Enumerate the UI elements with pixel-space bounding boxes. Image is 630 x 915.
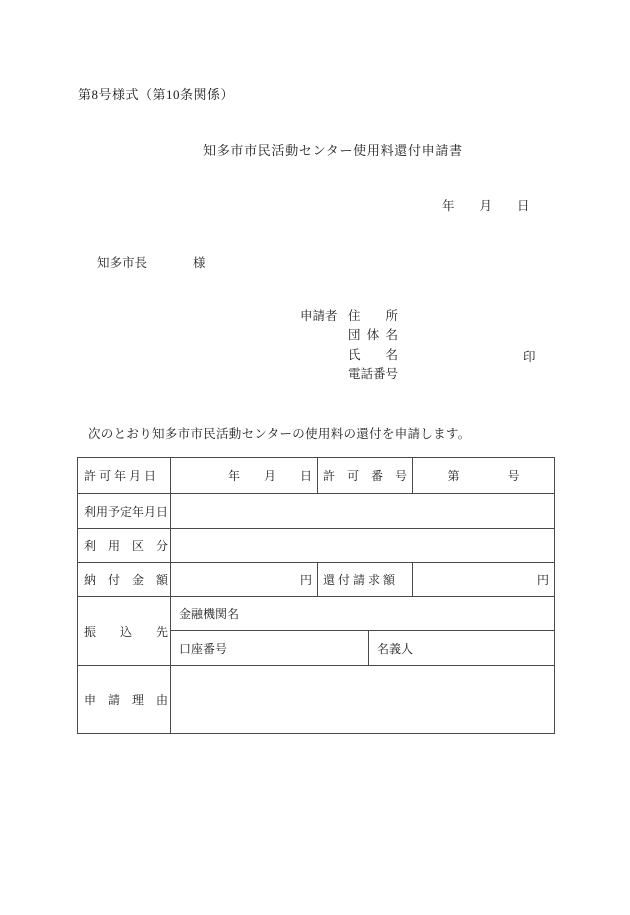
date-line: 年 月 日 — [442, 196, 530, 214]
account-holder-cell: 名義人 — [368, 631, 554, 665]
applicant-fields: 住 所 団 体 名 氏 名 電話番号 — [348, 307, 398, 384]
intro-paragraph: 次のとおり知多市市民活動センターの使用料の還付を申請します。 — [88, 424, 471, 442]
account-number-cell: 口座番号 — [171, 631, 368, 665]
refund-amount-value-cell: 円 — [412, 563, 554, 596]
applicant-address-label: 住 所 — [348, 307, 398, 326]
table-row-planned-date: 利用予定年月日 — [78, 493, 554, 528]
account-row: 口座番号 名義人 — [171, 631, 554, 665]
document-title: 知多市市民活動センター使用料還付申請書 — [203, 140, 463, 159]
seal-stamp-label: 印 — [523, 347, 536, 365]
permit-date-value-cell: 年 月 日 — [170, 458, 317, 493]
use-category-label-cell: 利 用 区 分 — [78, 529, 170, 562]
applicant-name-label: 氏 名 — [348, 346, 398, 365]
table-row-transfer: 振 込 先 金融機関名 口座番号 名義人 — [78, 596, 554, 665]
application-table: 許 可 年 月 日 年 月 日 許 可 番 号 第 号 利用予定年月日 利 用 … — [77, 457, 555, 734]
reason-value-cell — [170, 666, 554, 733]
table-row-amounts: 納 付 金 額 円 還 付 請 求 額 円 — [78, 562, 554, 596]
addressee-name: 知多市長 — [97, 253, 147, 271]
applicant-phone-label: 電話番号 — [348, 365, 398, 384]
transfer-to-label-cell: 振 込 先 — [78, 597, 170, 665]
document-page: 第8号様式（第10条関係） 知多市市民活動センター使用料還付申請書 年 月 日 … — [0, 0, 630, 915]
reason-label-cell: 申 請 理 由 — [78, 666, 170, 733]
paid-amount-label-cell: 納 付 金 額 — [78, 563, 170, 596]
paid-amount-value-cell: 円 — [170, 563, 317, 596]
planned-use-date-value-cell — [170, 494, 554, 528]
applicant-group-name-label: 団 体 名 — [348, 326, 398, 345]
bank-name-cell: 金融機関名 — [171, 597, 554, 631]
table-row-reason: 申 請 理 由 — [78, 665, 554, 733]
transfer-detail-cells: 金融機関名 口座番号 名義人 — [170, 597, 554, 665]
permit-date-label-cell: 許 可 年 月 日 — [78, 458, 170, 493]
table-row-permit: 許 可 年 月 日 年 月 日 許 可 番 号 第 号 — [78, 458, 554, 493]
permit-number-value-cell: 第 号 — [412, 458, 554, 493]
table-row-use-category: 利 用 区 分 — [78, 528, 554, 562]
form-number: 第8号様式（第10条関係） — [78, 84, 234, 103]
refund-amount-label-cell: 還 付 請 求 額 — [317, 563, 412, 596]
applicant-label: 申請者 — [300, 307, 338, 326]
permit-number-label-cell: 許 可 番 号 — [317, 458, 412, 493]
addressee-honorific: 様 — [193, 253, 206, 271]
use-category-value-cell — [170, 529, 554, 562]
planned-use-date-label-cell: 利用予定年月日 — [78, 494, 170, 528]
